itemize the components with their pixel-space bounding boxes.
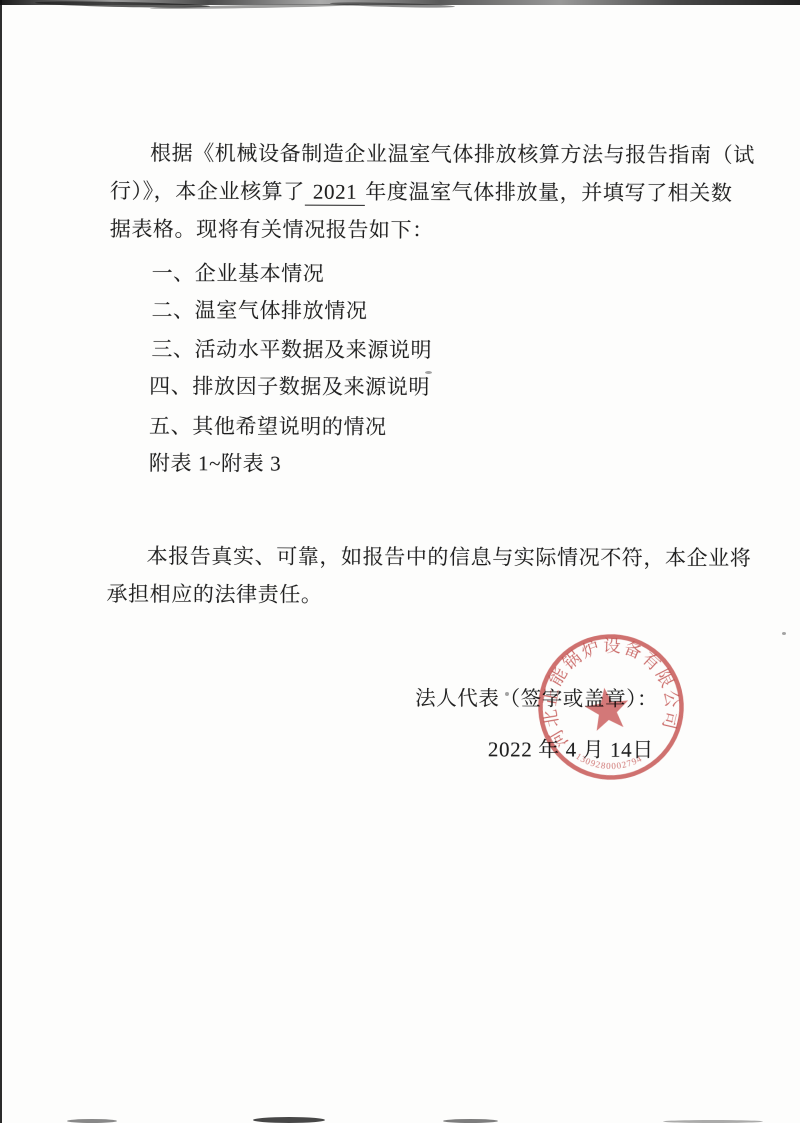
list-item-3: 三、活动水平数据及来源说明 [151,336,432,363]
company-seal-graphic: 河北正能锅炉设备有限公司 1309280002794 [521,617,702,798]
paragraph1-line2: 行）》，本企业核算了2021年度温室气体排放量，并填写了相关数 [110,178,733,207]
paragraph1-line1: 根据《机械设备制造企业温室气体排放核算方法与报告指南（试 [150,140,755,168]
paragraph1-line2-suffix: 年度温室气体排放量，并填写了相关数 [365,180,732,205]
list-item-4: 四、排放因子数据及来源说明 [149,373,430,400]
underlined-year: 2021 [305,179,366,206]
list-item-1: 一、企业基本情况 [152,260,325,287]
star-icon [583,685,632,732]
seal-company-name: 河北正能锅炉设备有限公司 [530,626,686,752]
company-seal: 河北正能锅炉设备有限公司 1309280002794 [521,617,702,798]
paragraph1-line3: 据表格。现将有关情况报告如下： [110,216,434,243]
document-content: 根据《机械设备制造企业温室气体排放核算方法与报告指南（试 行）》，本企业核算了2… [0,0,800,1123]
paragraph2-line1: 本报告真实、可靠，如报告中的信息与实际情况不符，本企业将 [147,543,752,571]
appendix-line: 附表 1~附表 3 [149,450,281,476]
paragraph1-line2-prefix: 行）》，本企业核算了 [110,179,305,204]
list-item-2: 二、温室气体排放情况 [151,297,367,324]
paragraph2-line2: 承担相应的法律责任。 [106,581,322,608]
list-item-5: 五、其他希望说明的情况 [149,413,387,440]
scanned-document-page: 根据《机械设备制造企业温室气体排放核算方法与报告指南（试 行）》，本企业核算了2… [0,0,800,1123]
